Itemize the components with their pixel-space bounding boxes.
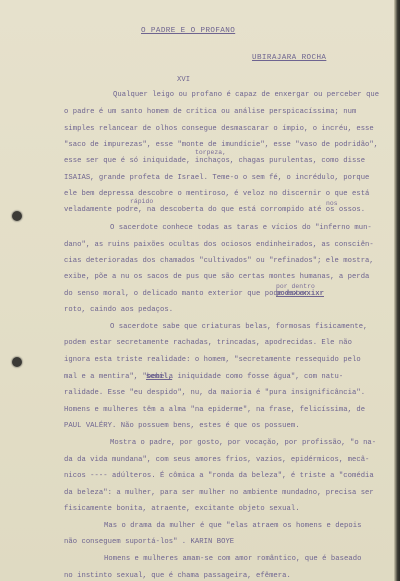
struck-word: senil, (146, 373, 172, 382)
typewritten-page: O PADRE E O PROFANO UBIRAJARA ROCHA XVI … (0, 0, 394, 581)
text-line: exibe, põe a nu os sacos de pus que são … (64, 273, 369, 282)
insertion-text: rápido (130, 197, 153, 206)
text-line: ignora esta triste realidade: o homem, "… (64, 356, 361, 365)
document-title: O PADRE E O PROFANO (141, 27, 235, 36)
punch-hole-icon (12, 357, 22, 367)
insertion-text: nos (326, 199, 338, 208)
text-line: esse ser que é só iniquidade, inchaços, … (64, 157, 365, 166)
text-line: roto, caindo aos pedaços. (64, 306, 173, 315)
text-line: do senso moral, o delicado manto exterio… (64, 290, 308, 299)
text-line: Qualquer leigo ou profano é capaz de enx… (113, 91, 379, 100)
text-line: nicos ---- adúlteros. É cômica a "ronda … (64, 472, 374, 481)
chapter-number: XVI (177, 76, 190, 85)
struck-word: podaxxxxixr (276, 290, 324, 299)
text-line: veladamente podre, na descoberta do que … (64, 206, 365, 215)
text-line: da da vida mundana", com seus amores fri… (64, 456, 369, 465)
text-line: no instinto sexual, que é chama passagei… (64, 572, 291, 581)
text-line: fisicamente bonita, atraente, excitante … (64, 505, 300, 514)
insertion-text: torpeza, (195, 148, 226, 157)
text-line: não conseguem suportá-los" . KARIN BOYE (64, 538, 234, 547)
punch-hole-icon (12, 211, 22, 221)
text-line: ISAIAS, grande profeta de Israel. Teme-o… (64, 174, 369, 183)
text-line: simples relancear de olhos consegue desm… (64, 125, 374, 134)
text-line: O sacerdote conhece todas as taras e víc… (110, 224, 372, 233)
text-line: dano", as ruins paixões ocultas dos ocio… (64, 241, 374, 250)
text-line: ele bem depressa descobre o mentiroso, é… (64, 190, 369, 199)
text-line: Mostra o padre, por gosto, por vocação, … (110, 439, 376, 448)
text-line: o padre é um santo homem de crítica ou a… (64, 108, 356, 117)
text-line: ralidade. Esse "eu despido", nu, da maio… (64, 389, 365, 398)
text-line: O sacerdote sabe que criaturas belas, fo… (110, 323, 367, 332)
text-line: Mas o drama da mulher é que "elas atraem… (104, 522, 361, 531)
text-line: mal e a mentira", "bebe a iniquidade com… (64, 373, 343, 382)
page-edge (394, 0, 400, 581)
text-line: cias deterioradas dos chamados "cultivad… (64, 257, 374, 266)
text-line: PAUL VALÉRY. Não possuem bens, estes é q… (64, 422, 300, 431)
document-author: UBIRAJARA ROCHA (252, 54, 326, 63)
text-line: da beleza": a mulher, para ser mulher no… (64, 489, 374, 498)
text-line: Homens e mulheres amam-se com amor român… (104, 555, 361, 564)
text-line: podem estar secretamente rachadas, trinc… (64, 339, 352, 348)
text-line: Homens e mulheres têm a alma "na epiderm… (64, 406, 365, 415)
